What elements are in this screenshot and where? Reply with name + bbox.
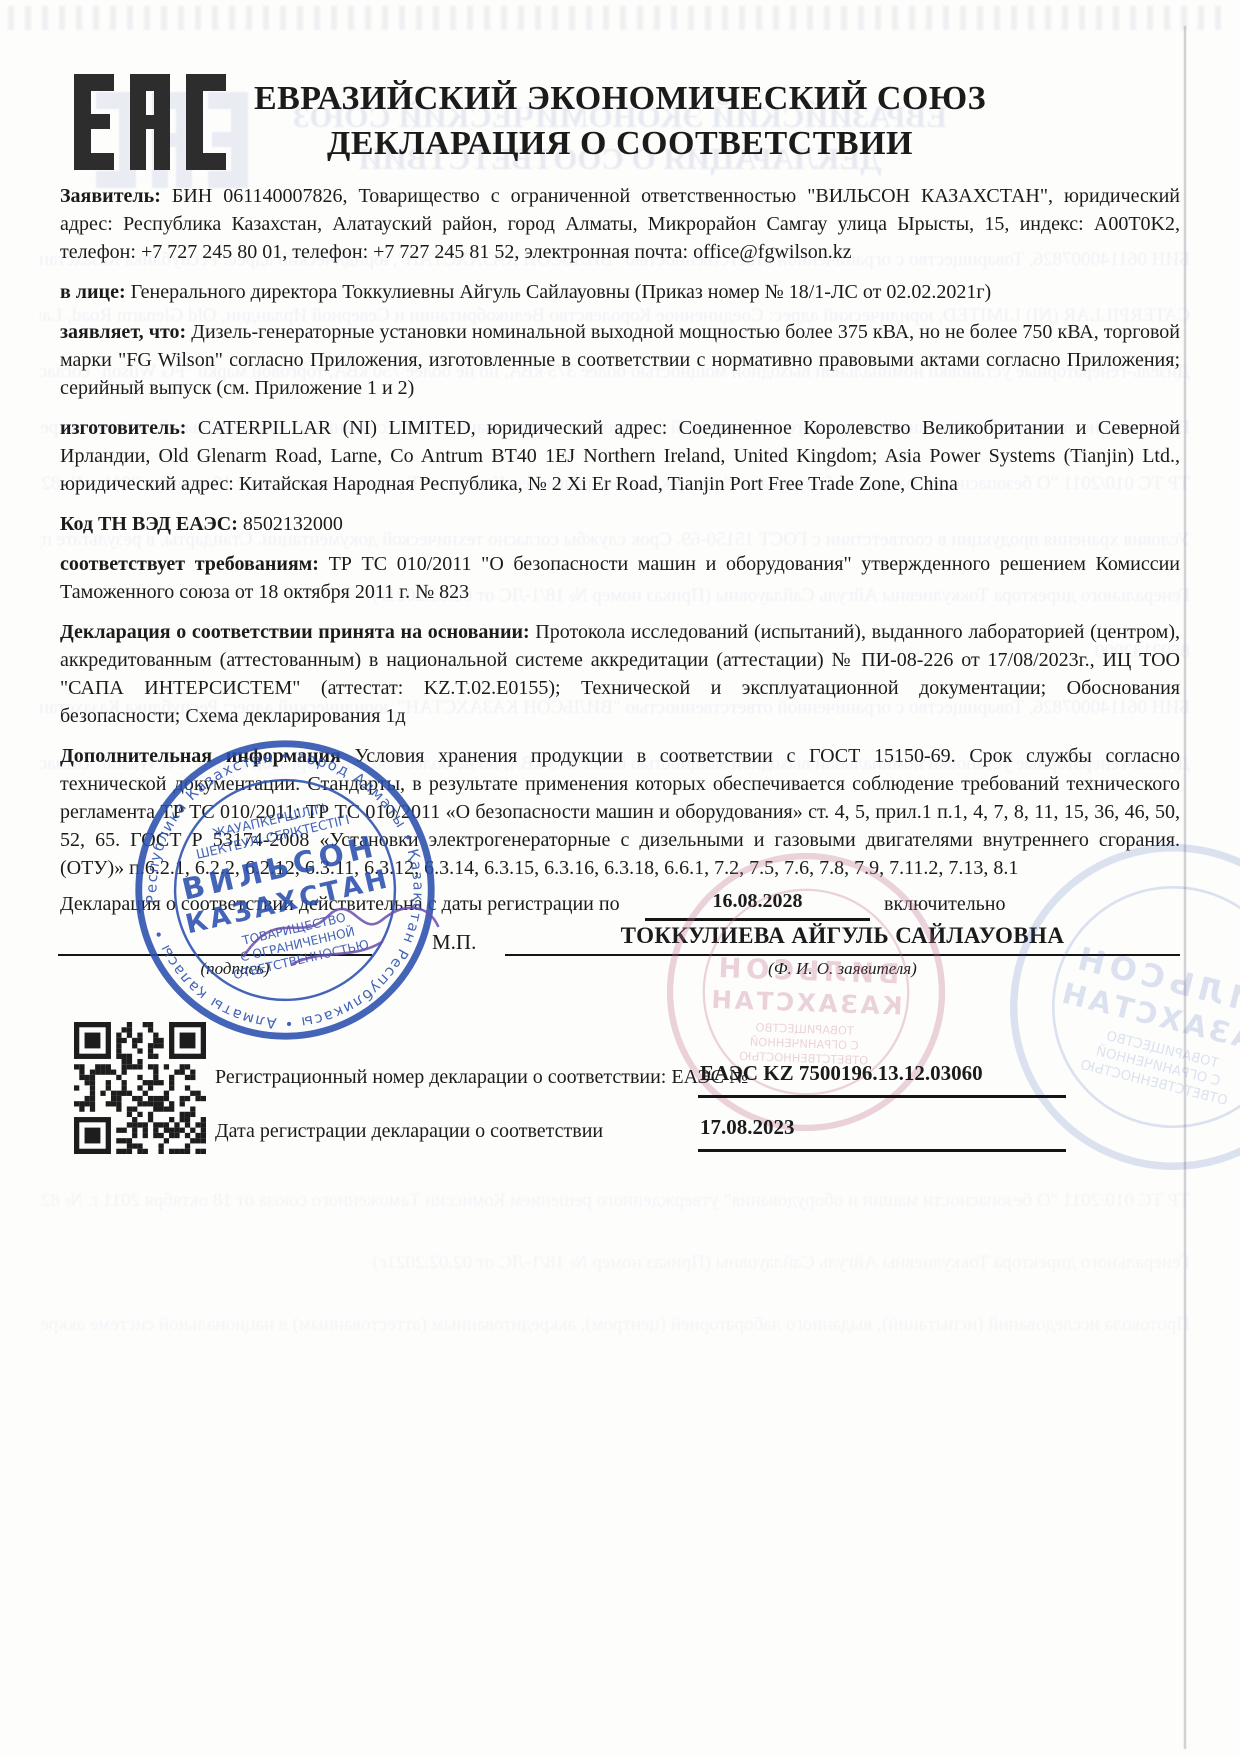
- registration-date-label: Дата регистрации декларации о соответств…: [215, 1120, 603, 1143]
- title-line-1: ЕВРАЗИЙСКИЙ ЭКОНОМИЧЕСКИЙ СОЮЗ: [60, 76, 1180, 121]
- svg-text:ОТВЕТСТВЕННОСТЬЮ: ОТВЕТСТВЕННОСТЬЮ: [1079, 1058, 1229, 1109]
- registration-number-underline: [698, 1095, 1066, 1098]
- registration-date-underline: [698, 1149, 1066, 1152]
- bleed-through-text-lower: ТР ТС 010/2011 "О безопасности машин и о…: [40, 1170, 1190, 1370]
- svg-text:КАЗАХСТАН: КАЗАХСТАН: [1056, 975, 1240, 1063]
- registration-date-value: 17.08.2023: [700, 1115, 795, 1140]
- svg-text:С ОГРАНИЧЕННОЙ: С ОГРАНИЧЕННОЙ: [1094, 1041, 1222, 1089]
- document-title: ЕВРАЗИЙСКИЙ ЭКОНОМИЧЕСКИЙ СОЮЗ ДЕКЛАРАЦИ…: [60, 76, 1180, 166]
- tnved-code-paragraph: Код ТН ВЭД ЕАЭС: 8502132000: [60, 510, 1180, 538]
- registration-number-value: ЕАЭС KZ 7500196.13.12.03060: [700, 1061, 983, 1086]
- svg-text:С ОГРАНИЧЕННОЙ: С ОГРАНИЧЕННОЙ: [750, 1034, 859, 1053]
- complies-with-paragraph: соответствует требованиям: ТР ТС 010/201…: [60, 550, 1180, 606]
- applicant-paragraph: Заявитель: БИН 061140007826, Товариществ…: [60, 182, 1180, 266]
- validity-suffix: включительно: [884, 893, 1006, 916]
- scan-noise-band: [8, 6, 1232, 30]
- registration-number-label: Регистрационный номер декларации о соотв…: [215, 1066, 748, 1089]
- qr-code: [74, 1022, 206, 1154]
- declaration-document-page: ЕВРАЗИЙСКИЙ ЭКОНОМИЧЕСКИЙ СОЮЗ ДЕКЛАРАЦИ…: [0, 0, 1240, 1755]
- scan-page-edge: [1184, 26, 1186, 1749]
- applicant-name: ТОККУЛИЕВА АЙГУЛЬ САЙЛАУОВНА: [505, 923, 1180, 949]
- svg-text:ТОВАРИЩЕСТВО: ТОВАРИЩЕСТВО: [1105, 1029, 1221, 1072]
- represented-by-paragraph: в лице: Генерального директора Токкулиев…: [60, 278, 1180, 306]
- validity-date: 16.08.2028: [645, 890, 870, 913]
- svg-text:ВИЛЬСОН: ВИЛЬСОН: [1069, 938, 1240, 1027]
- applicant-name-line: [505, 954, 1180, 956]
- title-line-2: ДЕКЛАРАЦИЯ О СООТВЕТСТВИИ: [60, 121, 1180, 166]
- eac-mark-text: ЕАС: [0, 0, 1, 1]
- applicant-name-caption: (Ф. И. О. заявителя): [505, 959, 1180, 979]
- declares-that-paragraph: заявляет, что: Дизель-генераторные устан…: [60, 318, 1180, 402]
- svg-text:ТОВАРИЩЕСТВО: ТОВАРИЩЕСТВО: [755, 1020, 855, 1037]
- svg-text:КАЗАХСТАН: КАЗАХСТАН: [708, 985, 903, 1021]
- validity-underline: [645, 918, 870, 921]
- handwritten-signature: [232, 886, 446, 978]
- basis-paragraph: Декларация о соответствии принята на осн…: [60, 618, 1180, 730]
- manufacturer-paragraph: изготовитель: CATERPILLAR (NI) LIMITED, …: [60, 414, 1180, 498]
